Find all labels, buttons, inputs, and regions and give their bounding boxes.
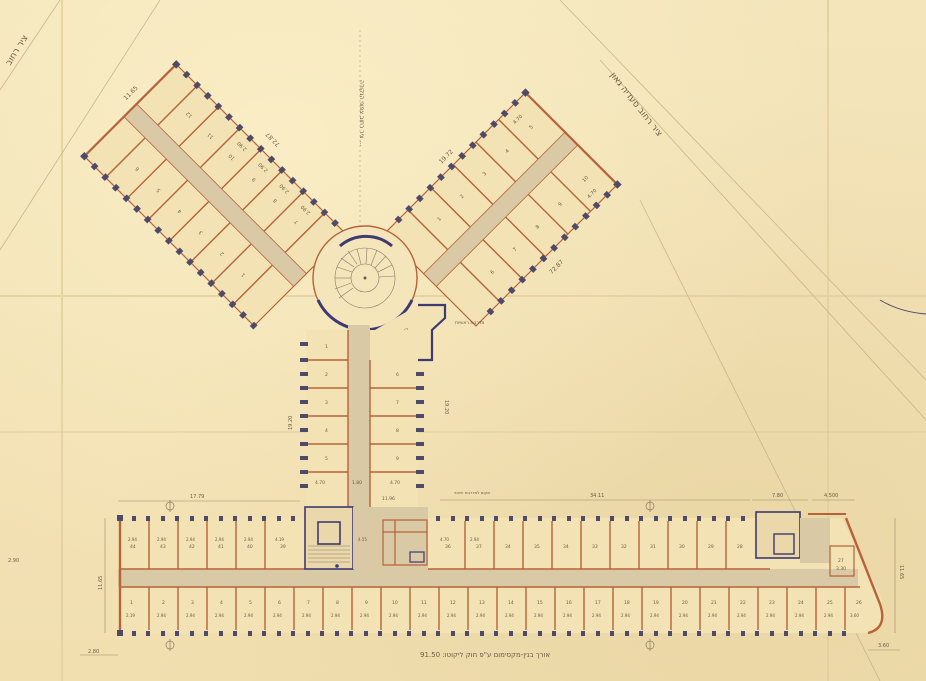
bottom-right-note: מקום למדרגות חיצוני — [454, 490, 490, 495]
bottom-upper-dim: 2.94 — [244, 537, 253, 542]
pencil-stroke — [880, 300, 926, 314]
stem-room: 6 — [396, 372, 399, 378]
bottom-lower-dim: 2.94 — [447, 613, 456, 618]
bottom-lower-dim: 2.94 — [766, 613, 775, 618]
bottom-lower-dim: 2.94 — [824, 613, 833, 618]
drawing-sheet: ציר רחוב ציר רחוב סעדיה גאון אורך בנין-מ… — [0, 0, 926, 681]
bottom-upper-dim: 2.94 — [128, 537, 137, 542]
bottom-upper-room: 35 — [534, 544, 540, 550]
bottom-upper-room: 29 — [708, 544, 714, 550]
bottom-lower-room: 20 — [682, 600, 688, 606]
bottom-lower-dim: 2.94 — [331, 613, 340, 618]
bottom-upper-room: 28 — [737, 544, 743, 550]
bottom-lower-dim: 2.94 — [563, 613, 572, 618]
street-label-top-right: ציר רחוב סעדיה גאון — [608, 71, 664, 139]
bottom-lower-dim: 2.94 — [418, 613, 427, 618]
bottom-lower-dim: 2.19 — [126, 613, 135, 618]
bottom-lower-dim: 2.94 — [302, 613, 311, 618]
stem-room: 9 — [396, 456, 399, 462]
bottom-lower-room: 13 — [479, 600, 485, 606]
bottom-lower-room: 26 — [856, 600, 862, 606]
bottom-upper-room: 31 — [650, 544, 656, 550]
bottom-upper-dim: 4.55 — [358, 537, 367, 542]
dim-bottom-mid: 34.11 — [590, 493, 604, 499]
bottom-lower-room: 7 — [307, 600, 310, 606]
bottom-lower-dim: 2.94 — [389, 613, 398, 618]
dim-bottom-left: 17.79 — [190, 494, 204, 500]
bottom-lower-room: 15 — [537, 600, 543, 606]
bottom-upper-room: 44 — [130, 544, 136, 550]
dim-bottom-height-left: 11.65 — [98, 576, 104, 590]
bottom-lower-dim: 2.94 — [534, 613, 543, 618]
stem-room: 3 — [325, 400, 328, 406]
bottom-lower-room: 1 — [130, 600, 133, 606]
bottom-lower-room: 10 — [392, 600, 398, 606]
stem-room: 8 — [396, 428, 399, 434]
left-margin-mark: 2.90 — [8, 558, 19, 564]
bottom-lower-room: 4 — [220, 600, 223, 606]
bottom-lower-dim: 2.94 — [708, 613, 717, 618]
stem-dim: 4.70 — [390, 480, 400, 486]
corner-room-dim: 3.30 — [836, 566, 846, 572]
right-wing-side-dim: 19.72 — [438, 148, 455, 165]
bottom-upper-dim: 2.94 — [215, 537, 224, 542]
bottom-lower-dim: 2.94 — [215, 613, 224, 618]
bottom-upper-room: 40 — [247, 544, 253, 550]
bottom-lower-dim: 2.94 — [476, 613, 485, 618]
bottom-upper-dim: 4.70 — [440, 537, 449, 542]
bottom-lower-room: 14 — [508, 600, 514, 606]
bottom-upper-room: 39 — [280, 544, 286, 550]
bottom-lower-dim: 2.94 — [737, 613, 746, 618]
bottom-upper-room: 34 — [505, 544, 511, 550]
bottom-lower-room: 23 — [769, 600, 775, 606]
bottom-lower-room: 12 — [450, 600, 456, 606]
bottom-lower-dim: 2.94 — [621, 613, 630, 618]
bottom-lower-dim: 2.94 — [592, 613, 601, 618]
bottom-lower-dim: 2.94 — [186, 613, 195, 618]
dim-bottom-right-a: 7.80 — [772, 493, 783, 499]
bottom-lower-room: 18 — [624, 600, 630, 606]
stem-room: 1 — [325, 344, 328, 350]
stem-bottom-dim: 11.96 — [382, 496, 395, 502]
bottom-lower-room: 11 — [421, 600, 427, 606]
annex-side-note: מדרגות ראשיות — [455, 321, 484, 326]
bottom-upper-room: 42 — [189, 544, 195, 550]
bottom-lower-room: 16 — [566, 600, 572, 606]
bottom-lower-dim: 2.94 — [505, 613, 514, 618]
stem-dim: 4.70 — [315, 480, 325, 486]
bottom-lower-room: 6 — [278, 600, 281, 606]
bottom-lower-room: 5 — [249, 600, 252, 606]
dim-bottom-height-right: 11.65 — [898, 565, 904, 579]
bottom-lower-room: 17 — [595, 600, 601, 606]
stem-room: 4 — [325, 428, 328, 434]
bottom-lower-dim: 3.60 — [850, 613, 859, 618]
stem-room: 5 — [325, 456, 328, 462]
street-label-bottom: אורך בנין-מקסימום ע"פ חוק ליקוטו: 91.50 — [420, 651, 550, 659]
bottom-upper-room: 43 — [160, 544, 166, 550]
bottom-lower-dim: 2.94 — [157, 613, 166, 618]
left-wing-end-dim: 11.65 — [123, 85, 140, 102]
bottom-upper-dim: 4.19 — [275, 537, 284, 542]
bottom-lower-dim: 2.94 — [360, 613, 369, 618]
bottom-upper-dim: 2.94 — [186, 537, 195, 542]
dim-bottom-right-b: 4.500 — [824, 493, 838, 499]
bottom-lower-dim: 2.94 — [273, 613, 282, 618]
stem-dim: 1.80 — [352, 480, 362, 486]
stem-room: 2 — [325, 372, 328, 378]
floor-plan: ציר רחוב ציר רחוב סעדיה גאון אורך בנין-מ… — [0, 0, 926, 681]
bottom-upper-room: 41 — [218, 544, 224, 550]
dim-right-offset: 3.60 — [878, 643, 889, 649]
bottom-lower-dim: 2.94 — [795, 613, 804, 618]
bottom-upper-room: 30 — [679, 544, 685, 550]
stem-left-dim: 19.20 — [288, 416, 294, 430]
bottom-upper-room: 34 — [563, 544, 569, 550]
rotunda — [313, 226, 417, 330]
bottom-lower-dim: 2.94 — [244, 613, 253, 618]
left-wing-length-dim: 72.87 — [264, 131, 281, 148]
bottom-upper-room: 36 — [445, 544, 451, 550]
stem-right-dim: 19.20 — [443, 400, 449, 414]
stem-room: 7 — [396, 400, 399, 406]
bottom-lower-room: 25 — [827, 600, 833, 606]
dim-left-offset: 2.80 — [88, 649, 99, 655]
bottom-lower-room: 21 — [711, 600, 717, 606]
center-vertical-note: ציר רחוב צפוני הנקודה ... — [358, 80, 365, 146]
bottom-lower-dim: 2.94 — [679, 613, 688, 618]
bottom-lower-room: 9 — [365, 600, 368, 606]
bottom-lower-room: 2 — [162, 600, 165, 606]
bottom-wing: 44 43 42 41 40 39 36 37 34 35 34 33 32 3… — [117, 507, 883, 636]
bottom-lower-dim: 2.94 — [650, 613, 659, 618]
bottom-upper-room: 33 — [592, 544, 598, 550]
right-wing-length-dim: 72.87 — [548, 259, 565, 276]
bottom-lower-room: 22 — [740, 600, 746, 606]
bottom-lower-room: 3 — [191, 600, 194, 606]
corner-room: 27 — [838, 558, 844, 564]
bottom-upper-dim: 2.94 — [157, 537, 166, 542]
bottom-lower-room: 19 — [653, 600, 659, 606]
bottom-upper-room: 37 — [476, 544, 482, 550]
bottom-upper-room: 32 — [621, 544, 627, 550]
bottom-upper-dim: 2.94 — [470, 537, 479, 542]
bottom-lower-room: 24 — [798, 600, 804, 606]
bottom-lower-room: 8 — [336, 600, 339, 606]
